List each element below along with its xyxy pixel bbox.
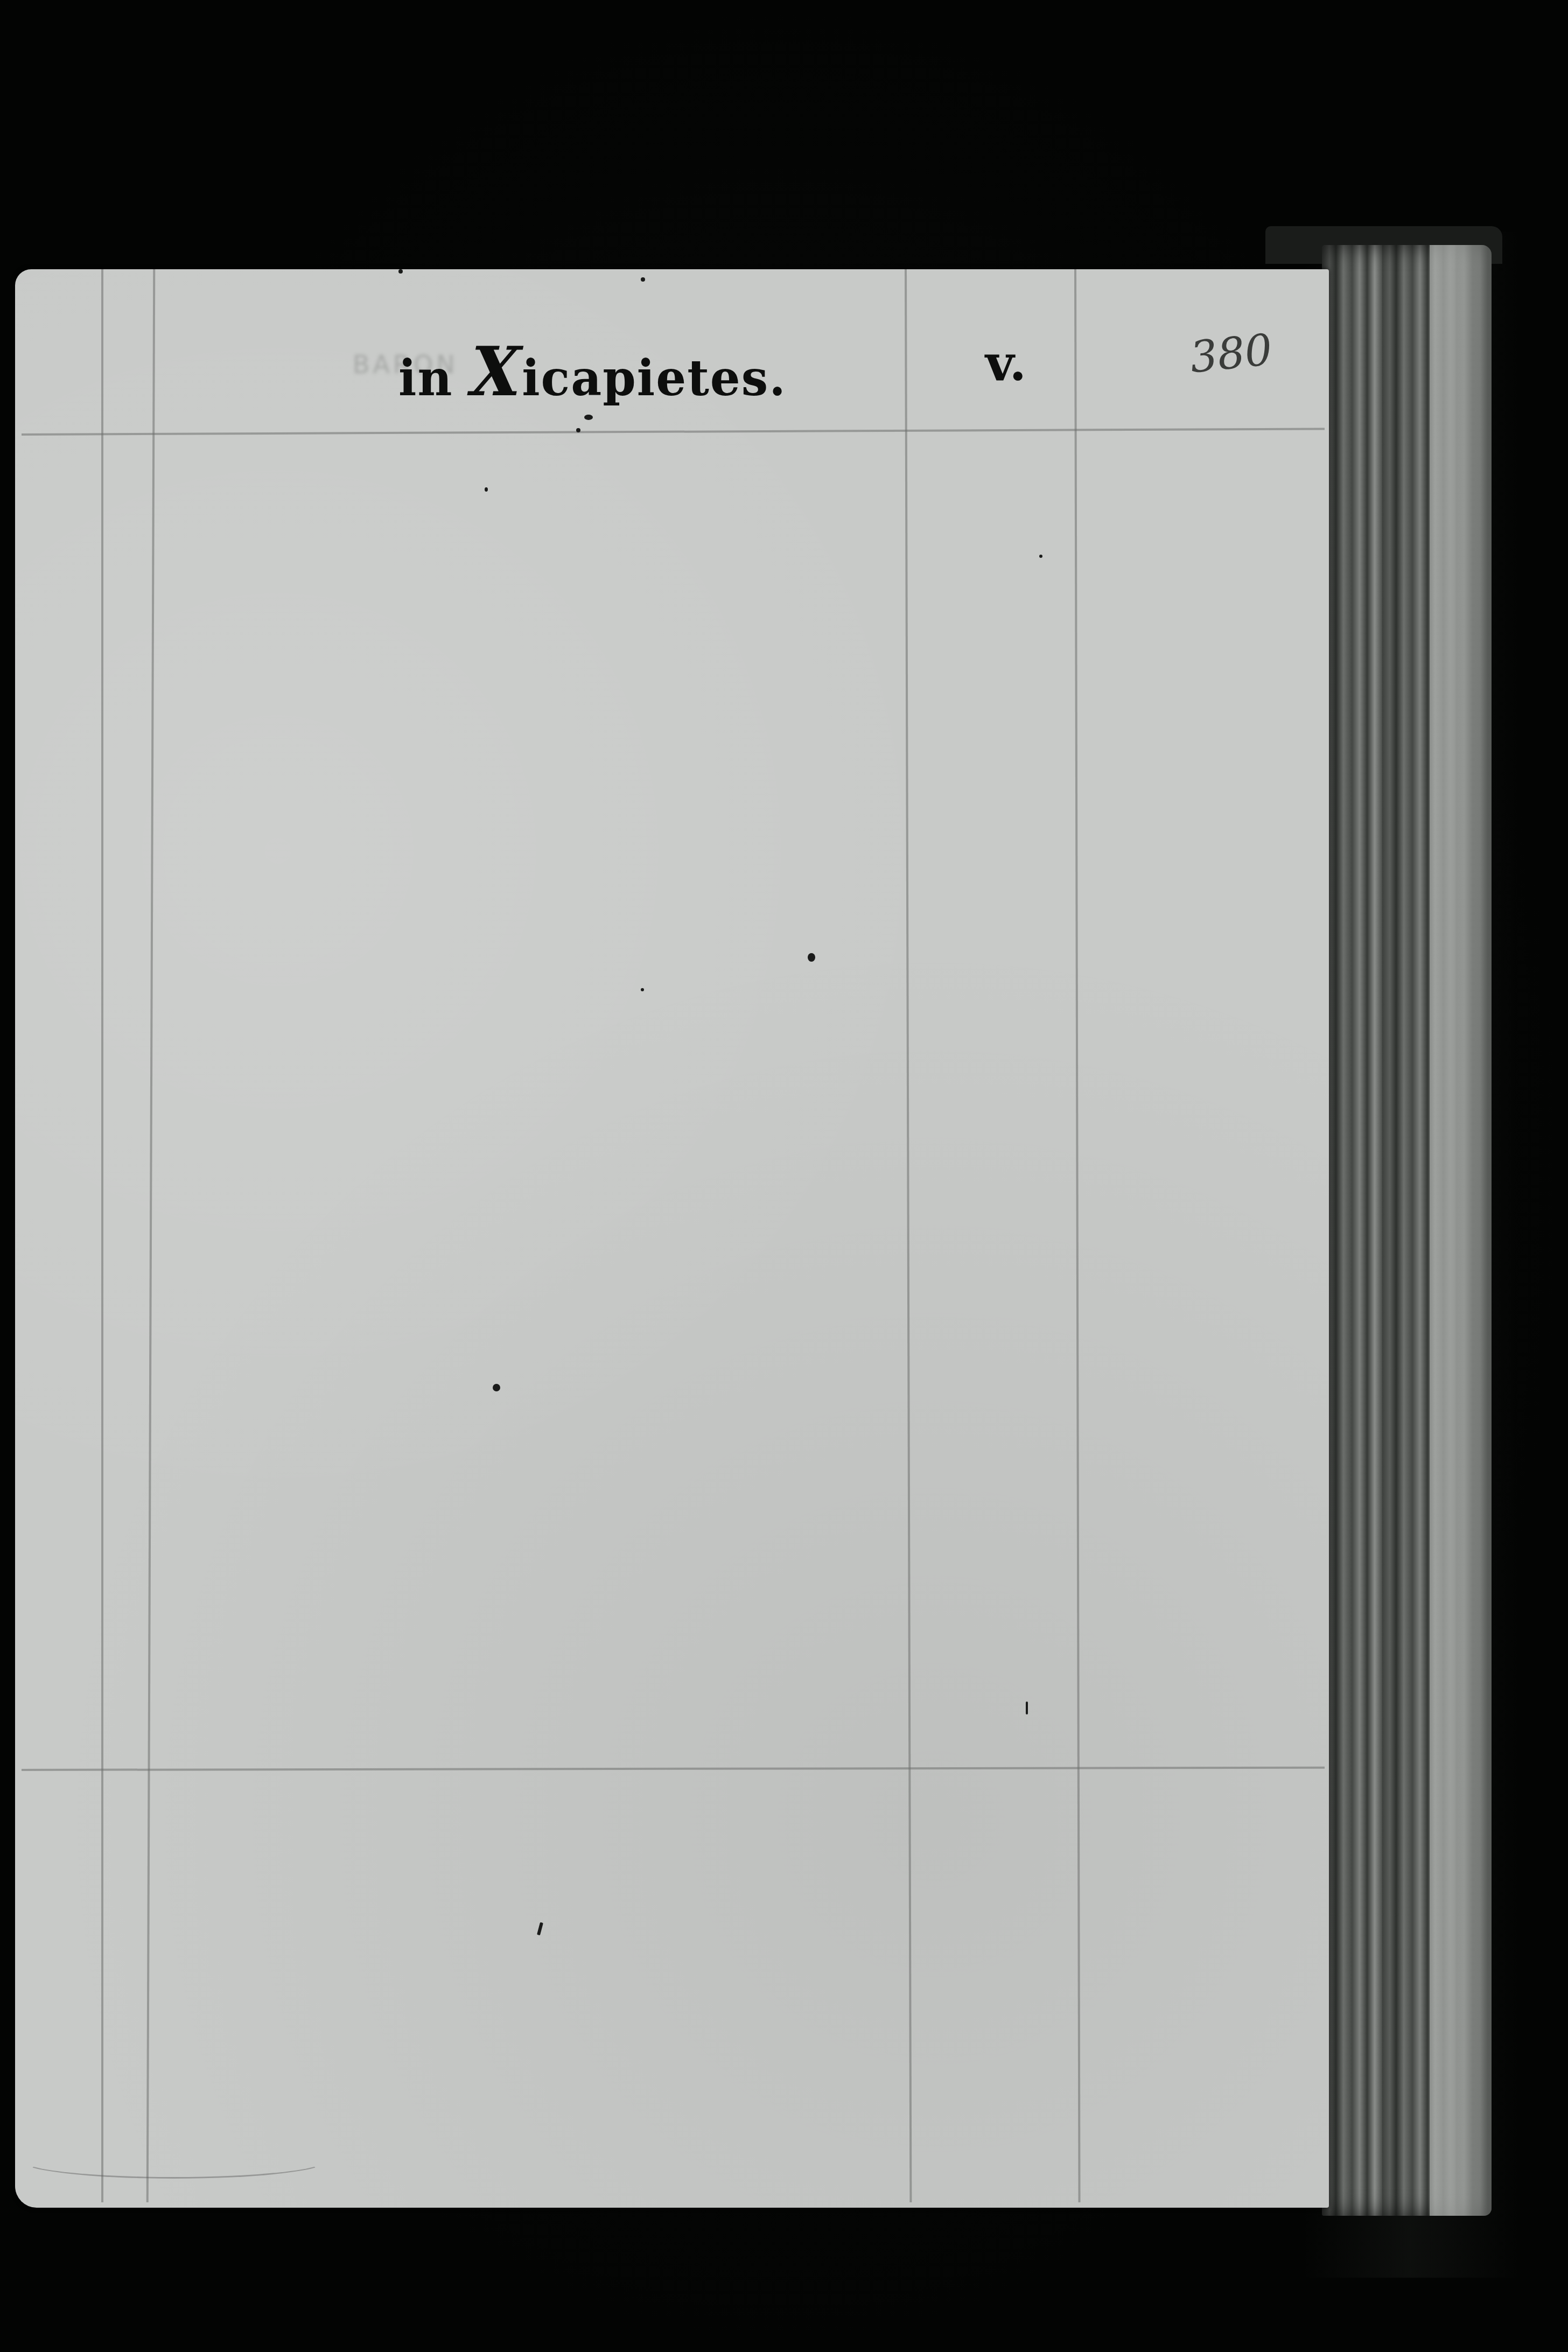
ink-speck: [576, 428, 580, 432]
ink-speck: [1039, 555, 1042, 558]
folio-mark: v.: [985, 334, 1026, 392]
ledger-page: [15, 269, 1329, 2208]
handwritten-page-number: 380: [1188, 324, 1275, 382]
header-word: icapietes.: [522, 348, 787, 407]
running-header-title: in Xicapietes.: [398, 332, 787, 411]
left-margin-rule-outer: [101, 269, 103, 2202]
ink-speck: [641, 277, 645, 282]
ink-speck: [808, 953, 815, 962]
pencil-trace: [22, 2143, 326, 2179]
ink-speck: [493, 1384, 500, 1391]
ink-speck: [641, 988, 644, 991]
decorated-initial: X: [463, 332, 530, 411]
header-prefix: in: [398, 348, 453, 407]
ink-speck: [584, 415, 593, 420]
page-block-edge: [1322, 245, 1492, 2216]
ink-speck: [485, 487, 488, 492]
ink-speck: [398, 269, 403, 274]
ink-speck: [1026, 1702, 1028, 1714]
